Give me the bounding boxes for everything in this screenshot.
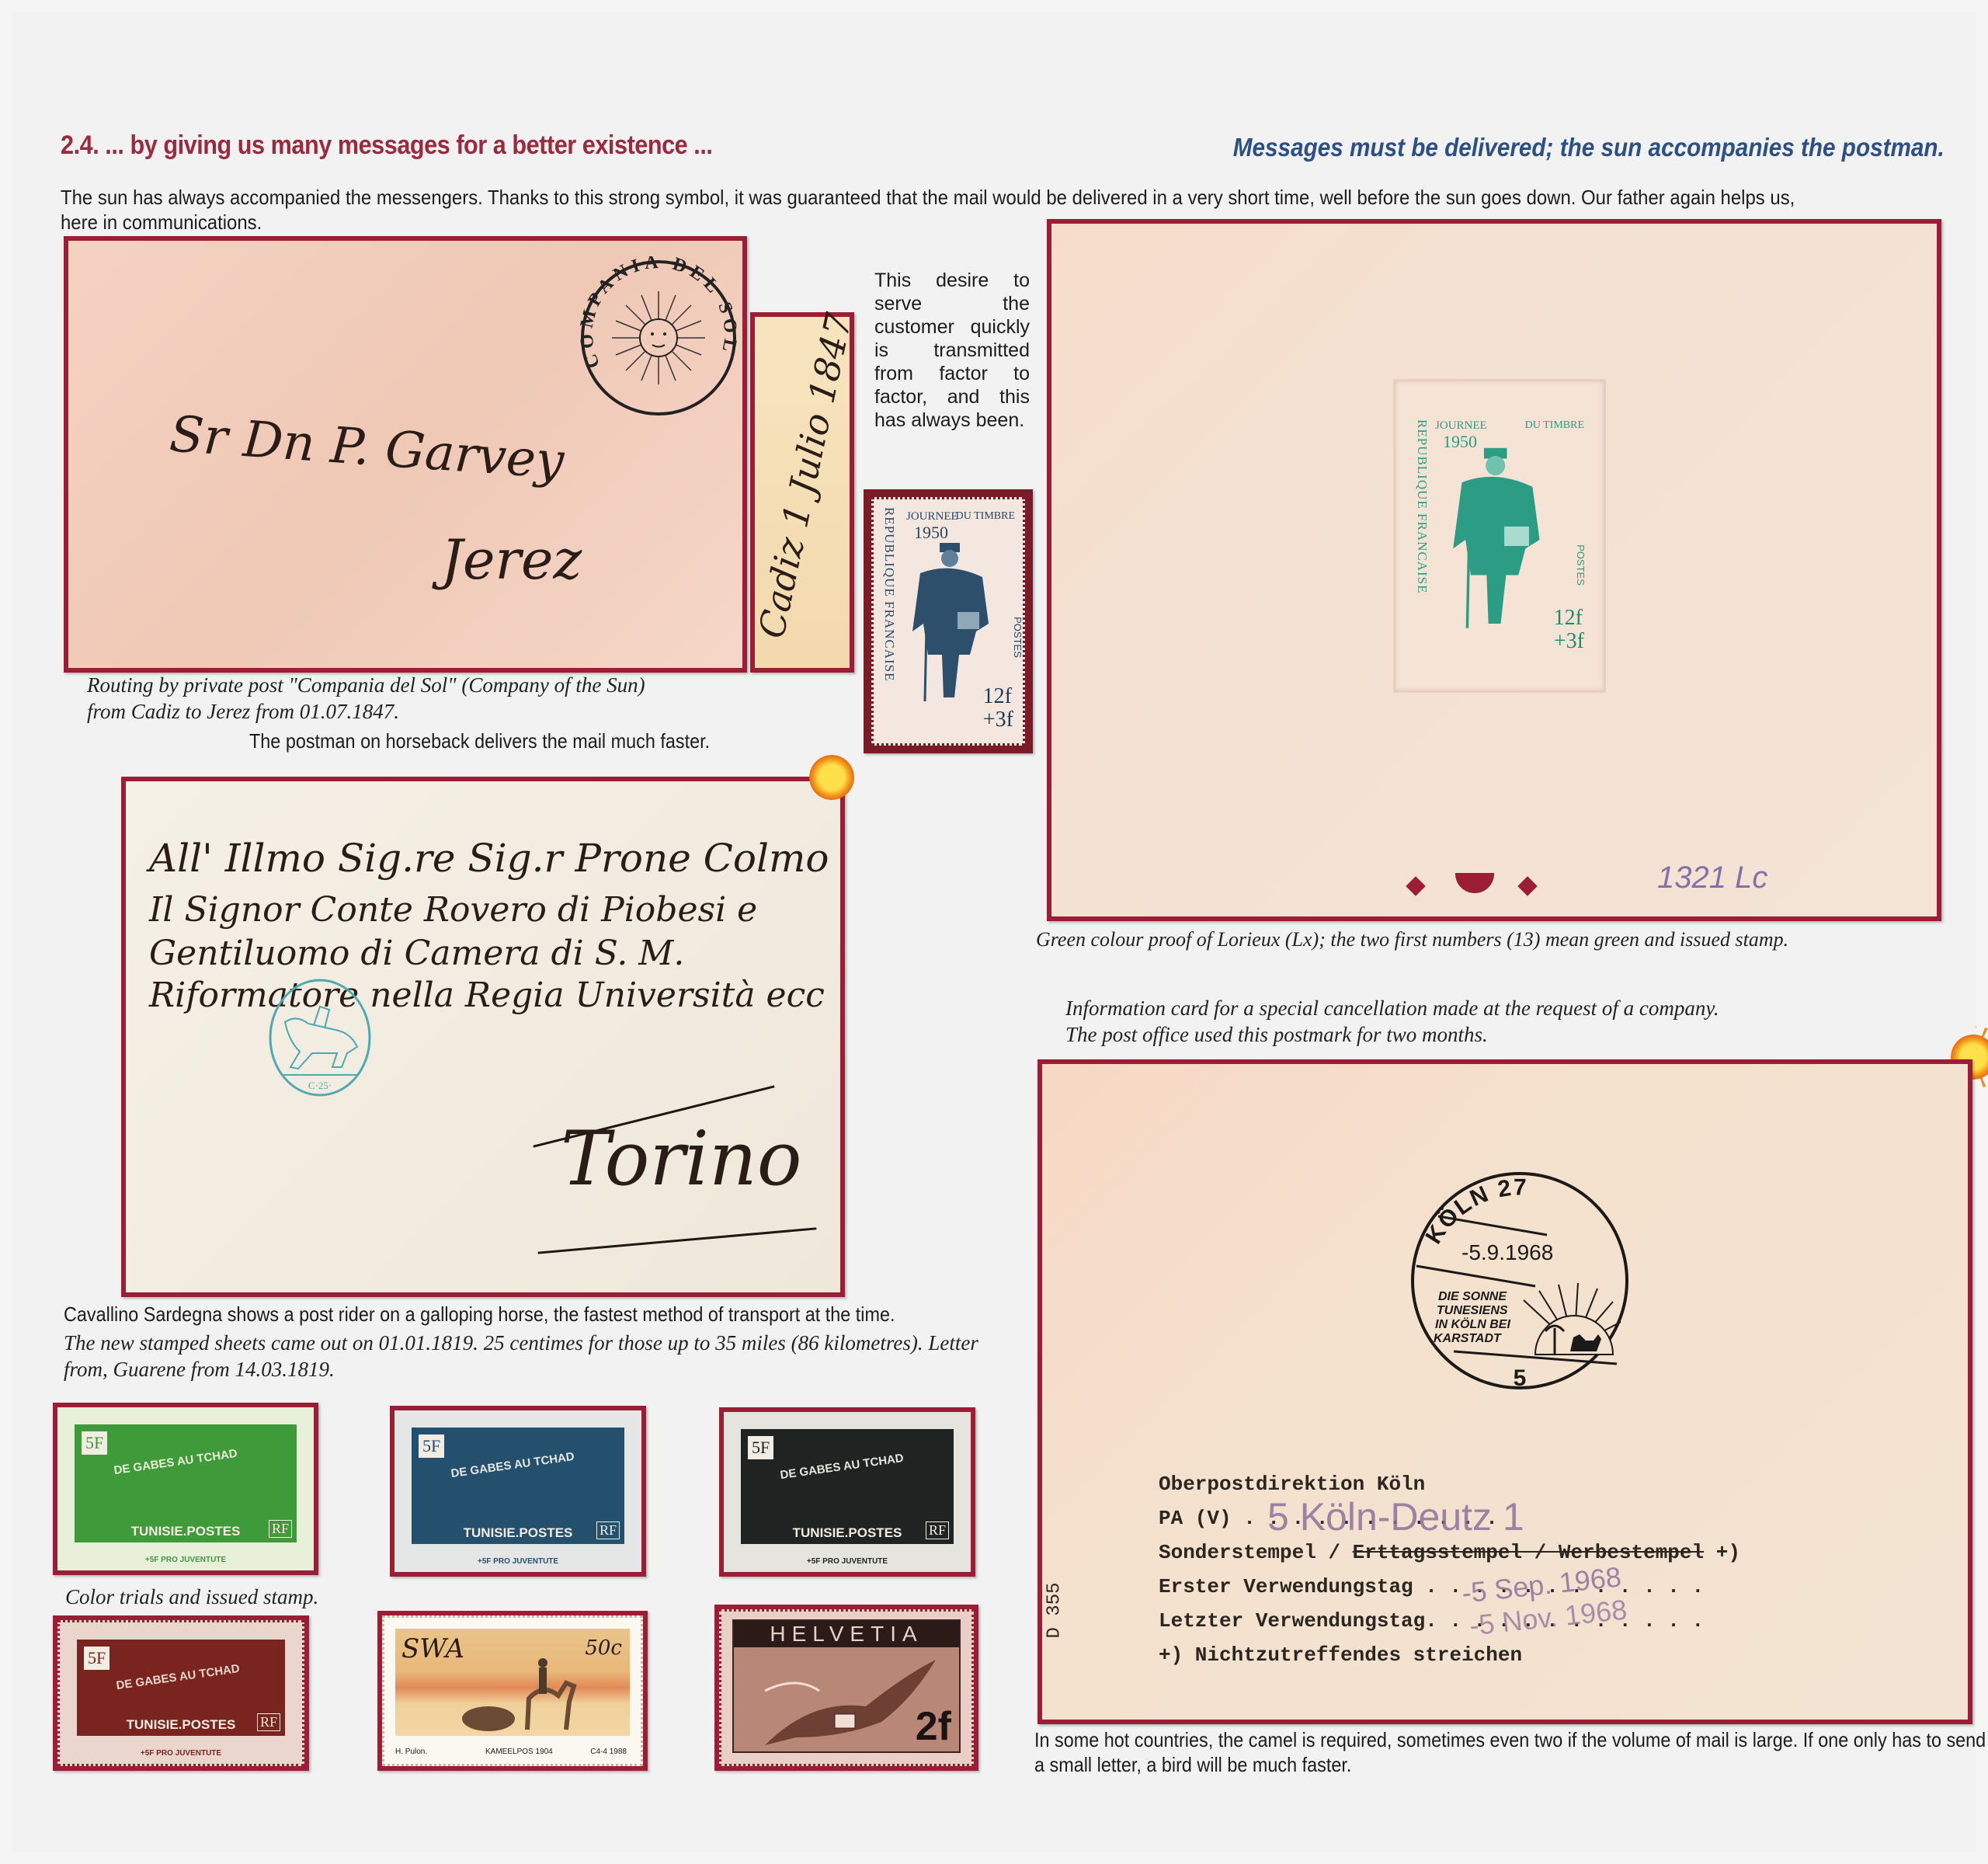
type-mark: +) xyxy=(1716,1541,1740,1564)
swa-stamp-frame: SWA 50c H. Pulon. KAMEELPOS 1904 C4-4 19… xyxy=(377,1611,648,1771)
proof-card-frame: JOURNEE 1950 DU TIMBRE REPUBLIQUE FRANCA… xyxy=(1047,219,1941,921)
diamond-mark-left xyxy=(1406,876,1425,895)
cadiz-address-line1: Sr Dn P. Garvey xyxy=(168,405,565,490)
page-title: 2.4. ... by giving us many messages for … xyxy=(61,130,712,161)
tunisia-trial-green: 5F DE GABES AU TCHAD TUNISIE.POSTES RF +… xyxy=(53,1403,318,1575)
helvetia-design: HELVETIA 2f xyxy=(732,1619,961,1753)
stamp-surcharge: +3f xyxy=(983,708,1013,732)
proof-postman-illustration xyxy=(1443,443,1552,637)
stamp-title: DE GABES AU TCHAD xyxy=(113,1447,238,1477)
stamp-footer: +5F PRO JUVENTUTE xyxy=(412,1557,624,1566)
stamp-country: TUNISIE.POSTES xyxy=(75,1524,297,1539)
cadiz-sidenote-frame: Cadiz 1 Julio 1847 xyxy=(750,312,854,673)
tunisia-issued-brown: 5F DE GABES AU TCHAD TUNISIE.POSTES RF +… xyxy=(53,1615,309,1771)
camel-rider-illustration xyxy=(442,1652,597,1737)
type-struck: Erttagsstempel / Werbestempel xyxy=(1353,1541,1704,1564)
stamp-paper: 5F DE GABES AU TCHAD TUNISIE.POSTES RF +… xyxy=(394,1410,641,1572)
cadiz-caption-2: from Cadiz to Jerez from 01.07.1847. xyxy=(87,699,399,724)
cadiz-address-line2: Jerez xyxy=(441,528,582,592)
tunisia-trial-blue: 5F DE GABES AU TCHAD TUNISIE.POSTES RF +… xyxy=(390,1406,646,1577)
trials-caption: Color trials and issued stamp. xyxy=(65,1584,318,1609)
proof-value: 12f xyxy=(1554,606,1583,631)
stamp-design: 5F DE GABES AU TCHAD TUNISIE.POSTES RF xyxy=(75,1424,297,1542)
torino-letter: All' Illmo Sig.re Sig.r Prone Colmo Il S… xyxy=(126,781,840,1292)
stamp-country: TUNISIE.POSTES xyxy=(412,1525,624,1541)
cadiz-sidenote: Cadiz 1 Julio 1847 xyxy=(755,317,850,668)
card-side-code: D 355 xyxy=(1044,1582,1065,1638)
proof-stamp-impression: JOURNEE 1950 DU TIMBRE REPUBLIQUE FRANCA… xyxy=(1393,379,1606,693)
torino-letter-frame: All' Illmo Sig.re Sig.r Prone Colmo Il S… xyxy=(121,777,845,1297)
page-subtitle: Messages must be delivered; the sun acco… xyxy=(1233,133,1945,162)
cavallino-horse-stamp: C·25· xyxy=(266,975,374,1100)
svg-text:KARSTADT: KARSTADT xyxy=(1434,1332,1502,1345)
stamp-design: 5F DE GABES AU TCHAD TUNISIE.POSTES RF xyxy=(412,1428,624,1544)
info-card-caption-bottom: In some hot countries, the camel is requ… xyxy=(1034,1727,1988,1777)
proof-journee: JOURNEE xyxy=(1435,419,1487,433)
stamp-value: 12f xyxy=(983,684,1012,709)
france-1950-stamp: JOURNEE 1950 DU TIMBRE REPUBLIQUE FRANCA… xyxy=(871,497,1025,746)
torino-address-line1: All' Illmo Sig.re Sig.r Prone Colmo xyxy=(149,836,829,881)
torino-stroke-bottom xyxy=(538,1227,817,1254)
stamp-value: 5F xyxy=(747,1435,774,1460)
type-special: Sonderstempel / xyxy=(1159,1541,1353,1564)
france-stamp-frame: JOURNEE 1950 DU TIMBRE REPUBLIQUE FRANCA… xyxy=(864,489,1033,753)
stamp-country: REPUBLIQUE FRANCAISE xyxy=(881,507,897,725)
swa-title: KAMEELPOS 1904 xyxy=(485,1747,553,1756)
card-office-line: Oberpostdirektion Köln xyxy=(1159,1473,1425,1496)
svg-text:-5.9.1968: -5.9.1968 xyxy=(1461,1240,1553,1264)
proof-mounting-marks xyxy=(1409,873,1564,896)
svg-text:TUNESIENS: TUNESIENS xyxy=(1437,1304,1508,1317)
svg-text:DIE SONNE: DIE SONNE xyxy=(1438,1290,1507,1303)
proof-caption: Green colour proof of Lorieux (Lx); the … xyxy=(1036,927,1788,952)
proof-country: REPUBLIQUE FRANCAISE xyxy=(1414,419,1430,637)
helvetia-stamp: HELVETIA 2f xyxy=(719,1609,974,1766)
card-type-line: Sonderstempel / Erttagsstempel / Werbest… xyxy=(1159,1541,1740,1564)
stamp-journee: JOURNEE xyxy=(906,510,958,523)
proof-surcharge: +3f xyxy=(1554,629,1584,654)
stamp-country: TUNISIE.POSTES xyxy=(741,1525,954,1541)
tunisia-trial-black: 5F DE GABES AU TCHAD TUNISIE.POSTES RF +… xyxy=(719,1407,975,1577)
swa-artist: H. Pulon. xyxy=(395,1747,427,1756)
stamp-value: 5F xyxy=(418,1434,445,1459)
stamp-paper: 5F DE GABES AU TCHAD TUNISIE.POSTES RF +… xyxy=(724,1412,971,1572)
stamp-title: DE GABES AU TCHAD xyxy=(780,1452,905,1482)
torino-address-line3: Gentiluomo di Camera di S. M. xyxy=(149,934,684,973)
helvetia-country: HELVETIA xyxy=(734,1621,959,1647)
side-note-text: This desire to serve the customer quickl… xyxy=(874,269,1030,432)
torino-address-line4: Riformatore nella Regia Università ecc xyxy=(149,975,825,1015)
torino-address-line2: Il Signor Conte Rovero di Piobesi e xyxy=(149,890,757,930)
colour-proof-card: JOURNEE 1950 DU TIMBRE REPUBLIQUE FRANCA… xyxy=(1051,224,1937,916)
stamp-value: 5F xyxy=(81,1431,108,1455)
postman-illustration xyxy=(905,538,998,709)
sun-icon xyxy=(809,755,854,800)
stamp-footer: +5F PRO JUVENTUTE xyxy=(77,1749,285,1758)
proof-du-timbre: DU TIMBRE xyxy=(1525,419,1584,432)
swa-stamp: SWA 50c H. Pulon. KAMEELPOS 1904 C4-4 19… xyxy=(382,1615,643,1766)
cadiz-caption-1: Routing by private post "Compania del So… xyxy=(87,673,645,697)
card-footnote: +) Nichtzutreffendes streichen xyxy=(1159,1643,1522,1667)
koln-special-postmark: KÖLN 27 -5.9.1968 DIE SONNE TUNESIENS IN… xyxy=(1407,1168,1632,1393)
torino-caption-italic: The new stamped sheets came out on 01.01… xyxy=(64,1330,996,1382)
stamp-design: 5F DE GABES AU TCHAD TUNISIE.POSTES RF xyxy=(741,1429,954,1544)
helvetia-value: 2f xyxy=(916,1703,951,1750)
stamp-rf: RF xyxy=(926,1521,949,1539)
proof-postes: POSTES xyxy=(1575,544,1587,586)
stamp-postes: POSTES xyxy=(1012,617,1024,658)
cadiz-letter: COMPANIA DEL SOL Sr Dn P. Garvey Jerez xyxy=(68,241,742,668)
special-cancellation-info-card: KÖLN 27 -5.9.1968 DIE SONNE TUNESIENS IN… xyxy=(1042,1064,1968,1720)
stamp-rf: RF xyxy=(596,1521,620,1539)
card-pa-stamp: 5 Köln-Deutz 1 xyxy=(1267,1494,1524,1539)
stamp-rf: RF xyxy=(269,1520,292,1538)
svg-text:IN KÖLN BEI: IN KÖLN BEI xyxy=(1435,1316,1510,1331)
stamp-country: TUNISIE.POSTES xyxy=(77,1717,285,1733)
exhibit-page: 2.4. ... by giving us many messages for … xyxy=(12,12,1976,1852)
stamp-title: DE GABES AU TCHAD xyxy=(450,1450,575,1480)
svg-text:5: 5 xyxy=(1514,1365,1527,1391)
compania-del-sol-postmark: COMPANIA DEL SOL xyxy=(577,256,740,419)
svg-text:C·25·: C·25· xyxy=(308,1080,332,1091)
stamp-paper: 5F DE GABES AU TCHAD TUNISIE.POSTES RF +… xyxy=(57,1407,314,1570)
info-card-caption-1: Information card for a special cancellat… xyxy=(1065,996,1719,1021)
stamp-value: 5F xyxy=(83,1646,110,1671)
swa-design: SWA 50c xyxy=(395,1629,630,1736)
swa-code: C4-4 1988 xyxy=(590,1747,627,1756)
info-card-caption-2: The post office used this postmark for t… xyxy=(1065,1022,1488,1047)
diamond-mark-right xyxy=(1517,876,1537,895)
torino-destination: Torino xyxy=(561,1115,802,1202)
stamp-paper: 5F DE GABES AU TCHAD TUNISIE.POSTES RF +… xyxy=(57,1620,304,1766)
torino-caption-plain: Cavallino Sardegna shows a post rider on… xyxy=(64,1302,895,1327)
stamp-rf: RF xyxy=(257,1713,280,1731)
cadiz-caption-3: The postman on horseback delivers the ma… xyxy=(249,729,710,753)
proof-handwritten-number: 1321 Lc xyxy=(1657,861,1767,895)
stamp-footer: +5F PRO JUVENTUTE xyxy=(741,1557,954,1566)
info-card-frame: KÖLN 27 -5.9.1968 DIE SONNE TUNESIENS IN… xyxy=(1037,1059,1972,1724)
cadiz-sidenote-text: Cadiz 1 Julio 1847 xyxy=(750,345,853,642)
arc-mark xyxy=(1455,873,1494,893)
stamp-design: 5F DE GABES AU TCHAD TUNISIE.POSTES RF xyxy=(77,1640,285,1736)
helvetia-stamp-frame: HELVETIA 2f xyxy=(714,1605,978,1771)
stamp-du-timbre: DU TIMBRE xyxy=(956,510,1015,523)
stamp-footer: +5F PRO JUVENTUTE xyxy=(75,1556,297,1564)
cadiz-letter-frame: COMPANIA DEL SOL Sr Dn P. Garvey Jerez xyxy=(64,236,747,673)
stamp-title: DE GABES AU TCHAD xyxy=(116,1662,241,1692)
